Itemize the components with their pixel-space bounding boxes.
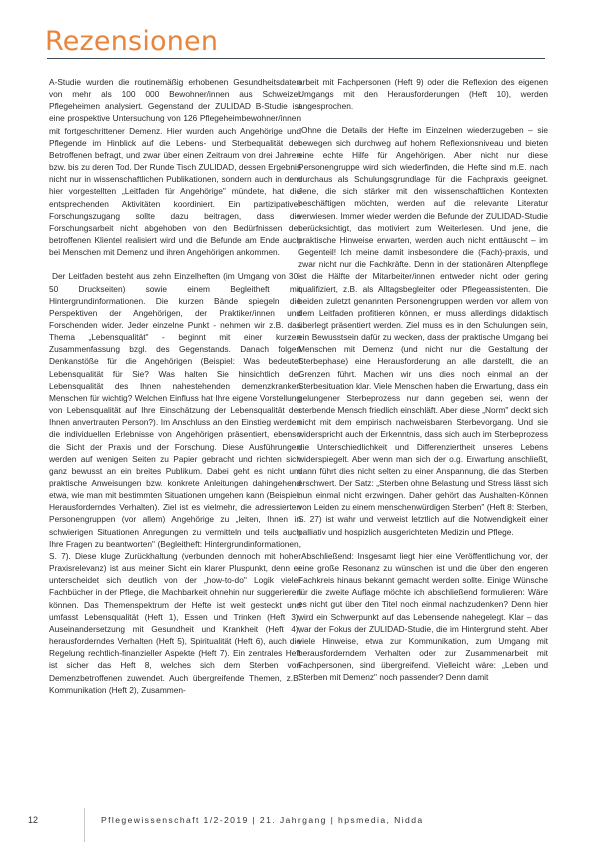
page-number: 12 <box>28 815 38 825</box>
section-title: Rezensionen <box>45 26 218 58</box>
title-rule <box>47 58 545 59</box>
footer-divider <box>84 808 85 842</box>
paragraph: Ohne die Details der Hefte im Einzelnen … <box>298 124 548 537</box>
paragraph: Der Leitfaden besteht aus zehn Einzelhef… <box>49 270 301 695</box>
paragraph: arbeit mit Fachpersonen (Heft 9) oder di… <box>298 76 548 112</box>
paragraph: Abschließend: Insgesamt liegt hier eine … <box>298 550 548 684</box>
right-column: arbeit mit Fachpersonen (Heft 9) oder di… <box>298 76 548 696</box>
paragraph: A-Studie wurden die routinemäßig erhoben… <box>49 76 301 258</box>
publication-info: Pflegewissenschaft 1/2-2019 | 21. Jahrga… <box>101 815 424 825</box>
left-column: A-Studie wurden die routinemäßig erhoben… <box>49 76 301 708</box>
